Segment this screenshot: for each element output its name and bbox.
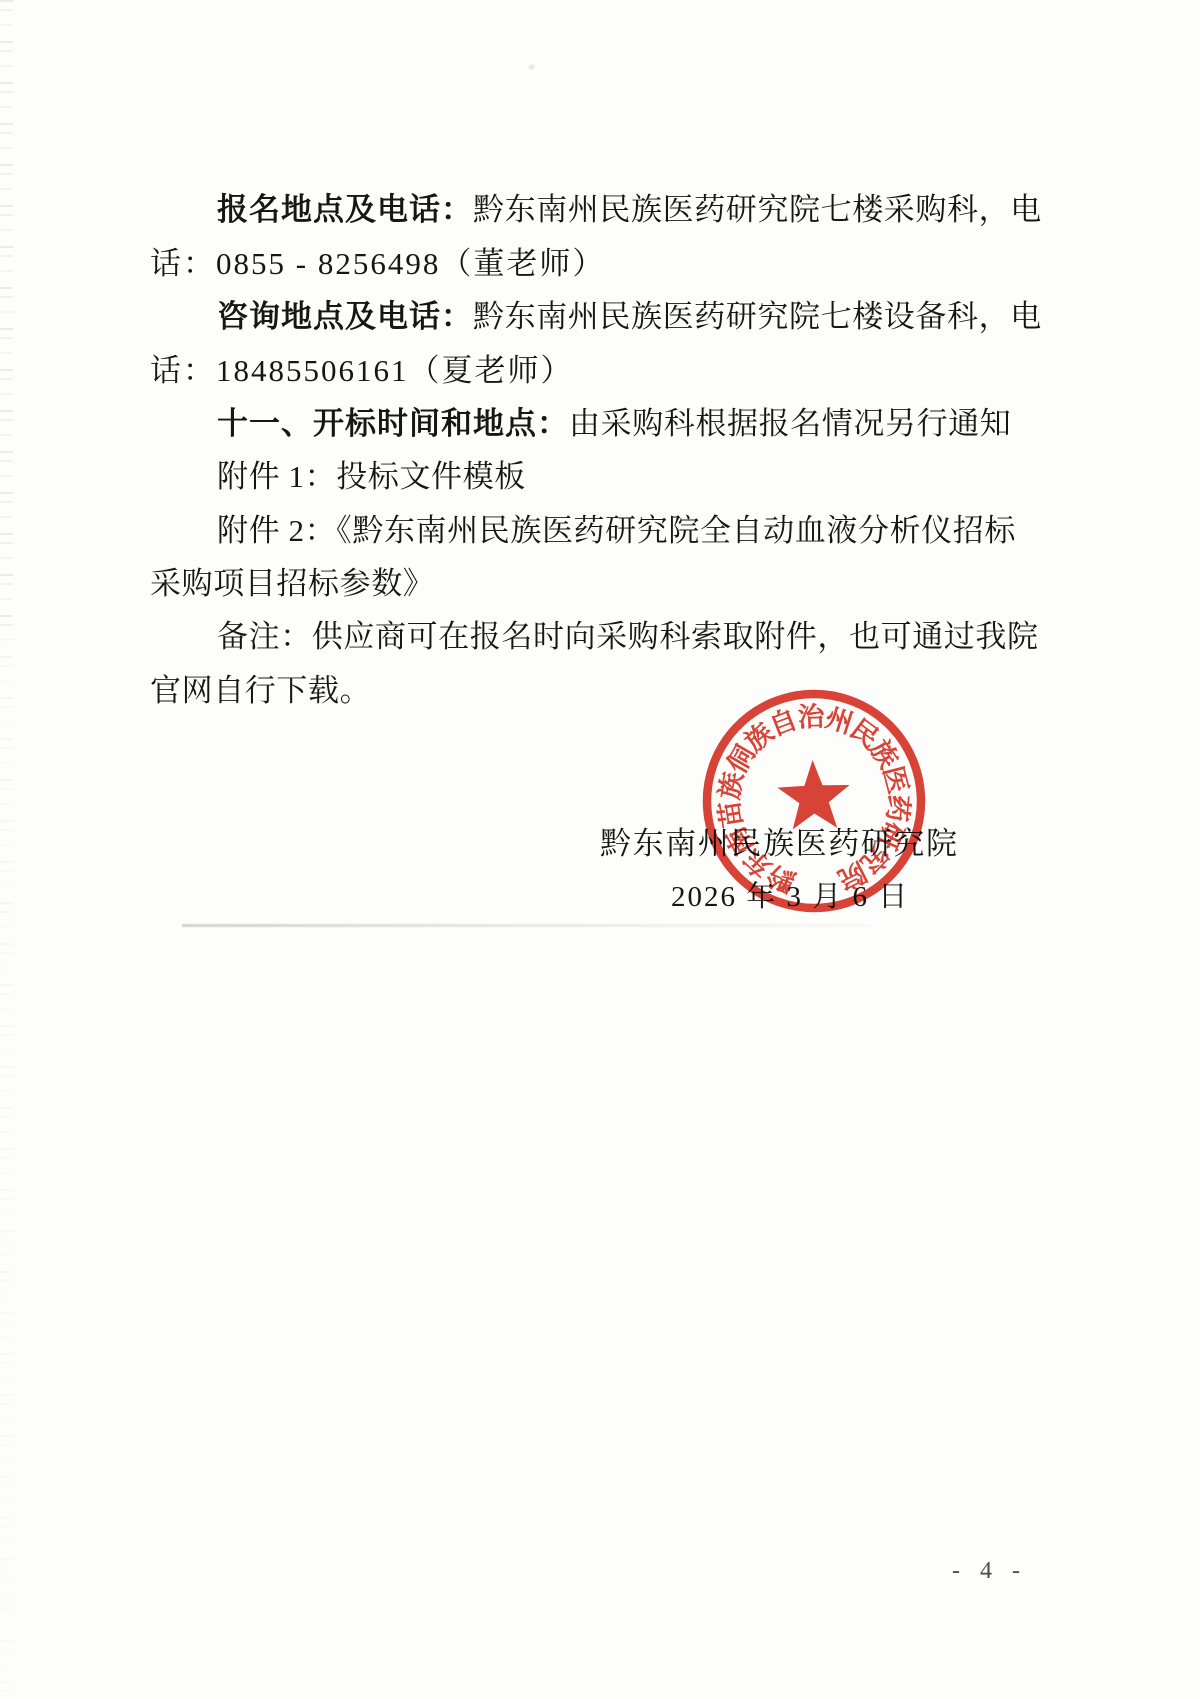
paragraph-text: 采购项目招标参数》: [150, 566, 434, 601]
paragraph-text: 黔东南州民族医药研究院七楼设备科，电: [473, 299, 1042, 334]
paragraph-text: 附件 2：《黔东南州民族医药研究院全自动血液分析仪招标: [217, 513, 1016, 548]
paragraph-text: 话：0855 - 8256498（董老师）: [150, 246, 605, 281]
document-page: 报名地点及电话：黔东南州民族医药研究院七楼采购科，电 话：0855 - 8256…: [0, 0, 1200, 1699]
paragraph-remark-cont: 官网自行下载。: [150, 671, 371, 711]
paragraph-remark: 备注：供应商可在报名时向采购科索取附件，也可通过我院: [217, 617, 1039, 657]
paragraph-text: 话：18485506161（夏老师）: [150, 353, 574, 388]
svg-text:苗: 苗: [714, 798, 748, 829]
paragraph-text: 备注：供应商可在报名时向采购科索取附件，也可通过我院: [217, 619, 1039, 654]
scan-artifact-left-edge-fade: [0, 640, 13, 1699]
seal-star-icon: [776, 759, 851, 830]
scan-artifact-line: [182, 924, 872, 927]
paragraph-text: 附件 1：投标文件模板: [217, 459, 526, 494]
paragraph-text: 黔东南州民族医药研究院七楼采购科，电: [473, 192, 1042, 227]
paragraph-attachment-2: 附件 2：《黔东南州民族医药研究院全自动血液分析仪招标: [217, 511, 1016, 551]
paragraph-consult-location: 咨询地点及电话：黔东南州民族医药研究院七楼设备科，电: [217, 297, 1042, 337]
paragraph-label: 报名地点及电话：: [217, 192, 473, 227]
official-seal: 黔东南苗族侗族自治州民族医药研究院: [695, 682, 933, 920]
paragraph-label: 咨询地点及电话：: [217, 299, 473, 334]
scan-artifact-speck: [529, 65, 534, 69]
paragraph-text: 由采购科根据报名情况另行通知: [569, 406, 1011, 441]
page-number: - 4 -: [952, 1558, 1027, 1585]
paragraph-signup-phone: 话：0855 - 8256498（董老师）: [150, 244, 605, 284]
paragraph-attachment-2-cont: 采购项目招标参数》: [150, 564, 434, 604]
paragraph-text: 官网自行下载。: [150, 673, 371, 708]
paragraph-signup-location: 报名地点及电话：黔东南州民族医药研究院七楼采购科，电: [217, 190, 1042, 230]
paragraph-bid-opening: 十一、开标时间和地点：由采购科根据报名情况另行通知: [217, 404, 1011, 444]
paragraph-label: 十一、开标时间和地点：: [217, 406, 569, 441]
svg-text:治: 治: [797, 702, 826, 733]
paragraph-attachment-1: 附件 1：投标文件模板: [217, 457, 526, 497]
paragraph-consult-phone: 话：18485506161（夏老师）: [150, 351, 574, 391]
